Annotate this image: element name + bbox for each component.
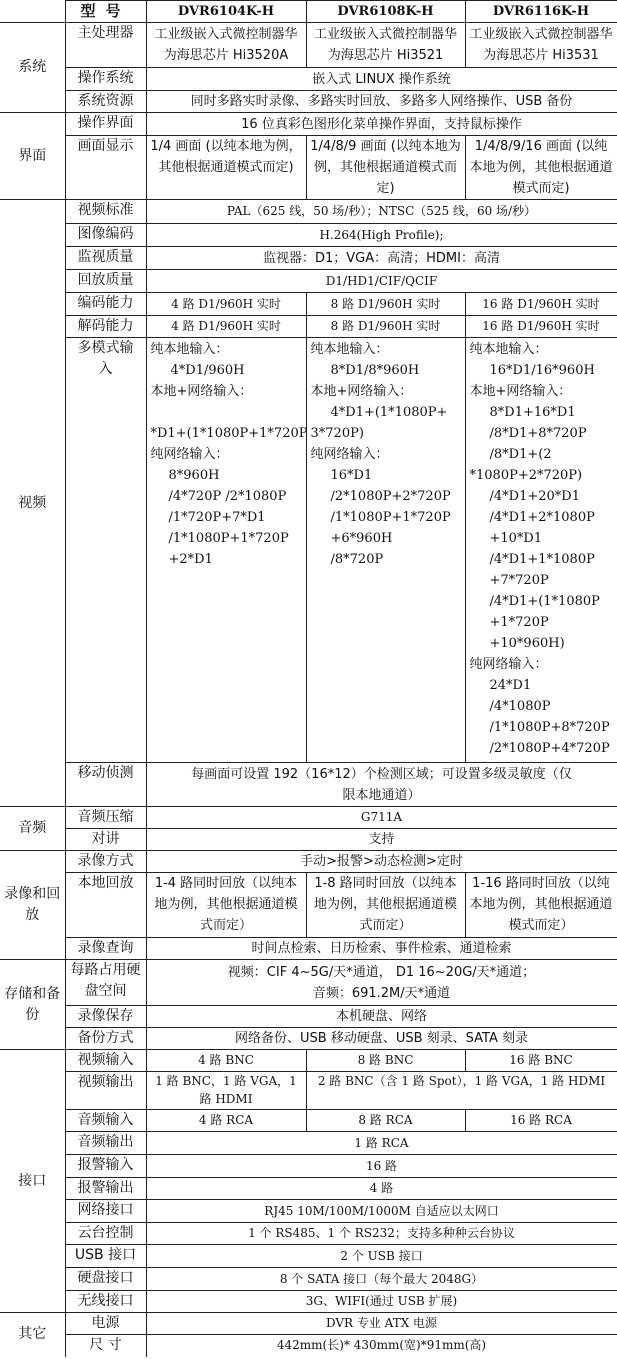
cell-value: 16 路 D1/960H 实时 [465, 293, 617, 316]
input-mode-spec: +1*720P [470, 612, 613, 633]
cell-value: 16 路 D1/960H 实时 [465, 316, 617, 338]
row-label: 音频输入 [65, 1110, 146, 1132]
row-label: 电源 [65, 1313, 146, 1335]
input-mode-spec: /1*1080P+1*720P [311, 507, 461, 528]
cell-value: 工业级嵌入式微控制器华为海思芯片 Hi3520A [146, 23, 306, 68]
model-name: DVR6116K-H [465, 1, 617, 23]
cell-value: RJ45 10M/100M/1000M 自适应以太网口 [146, 1200, 617, 1223]
cell-value: 4 路 D1/960H 实时 [146, 316, 306, 338]
row-alarm-out: 报警输出 4 路 [0, 1178, 617, 1200]
cell-value: 4 路 D1/960H 实时 [146, 293, 306, 316]
input-mode-spec: /1*1080P+8*720P [470, 717, 613, 738]
row-label: 图像编码 [65, 224, 146, 247]
multi-input-col: 纯本地输入：4*D1/960H本地+网络输入： *D1+(1*1080P+1*7… [146, 338, 306, 763]
cell-value: 16 路 BNC [465, 1050, 617, 1072]
category-ports: 接口 [0, 1050, 65, 1313]
row-label: 主处理器 [65, 23, 146, 68]
row-label: 系统资源 [65, 91, 146, 113]
cell-value: 嵌入式 LINUX 操作系统 [146, 68, 617, 91]
input-mode-spec: 8*D1/8*960H [311, 360, 461, 381]
row-label: 视频输出 [65, 1072, 146, 1110]
input-mode-spec: *1080P+2*720P) [470, 465, 613, 486]
input-mode-spec: /4*D1+2*1080P [470, 507, 613, 528]
cell-value: DVR 专业 ATX 电源 [146, 1313, 617, 1335]
row-label: 录像保存 [65, 1006, 146, 1028]
input-mode-spec: /2*1080P+4*720P [470, 738, 613, 759]
row-label: 移动侦测 [65, 763, 146, 807]
row-decode-capacity: 解码能力 4 路 D1/960H 实时 8 路 D1/960H 实时 16 路 … [0, 316, 617, 338]
row-display: 画面显示 1/4 画面 (以纯本地为例，其他根据通道模式而定) 1/4/8/9 … [0, 136, 617, 200]
cell-value: 监视器：D1；VGA：高清；HDMI：高清 [146, 247, 617, 270]
row-label: 云台控制 [65, 1223, 146, 1245]
input-mode-heading: 纯网络输入： [470, 654, 613, 675]
input-mode-heading: 纯本地输入： [311, 339, 461, 360]
cell-value: 1-16 路同时回放（以纯本地为例，其他根据通道模式而定） [465, 873, 617, 938]
input-mode-heading: 纯网络输入： [151, 444, 302, 465]
row-label: USB 接口 [65, 1245, 146, 1268]
input-mode-spec: +10*960H) [470, 633, 613, 654]
input-mode-spec: /2*1080P+2*720P [311, 486, 461, 507]
cell-value: 工业级嵌入式微控制器华为海思芯片 Hi3531 [465, 23, 617, 68]
category-video: 视频 [0, 200, 65, 807]
model-name: DVR6104K-H [146, 1, 306, 23]
row-label: 本地回放 [65, 873, 146, 938]
cell-value: 2 个 USB 接口 [146, 1245, 617, 1268]
row-label: 画面显示 [65, 136, 146, 200]
input-mode-spec: /4*D1+20*D1 [470, 486, 613, 507]
input-mode-spec: 8*D1+16*D1 [470, 402, 613, 423]
input-mode-spec: 8*960H [151, 465, 302, 486]
row-standard: 视频 视频标准 PAL（625 线，50 场/秒）；NTSC（525 线，60 … [0, 200, 617, 224]
cell-value: 442mm(长)* 430mm(宽)*91mm(高) [146, 1335, 617, 1357]
input-mode-heading: 本地+网络输入： [311, 381, 461, 402]
cell-value: 视频：CIF 4~5G/天*通道， D1 16~20G/天*通道； 音频：691… [146, 960, 617, 1006]
row-label: 报警输入 [65, 1155, 146, 1178]
input-mode-spec [151, 402, 302, 423]
cell-value: G711A [146, 807, 617, 829]
row-label: 录像方式 [65, 851, 146, 873]
category-recording: 录像和回放 [0, 851, 65, 960]
row-label: 音频输出 [65, 1132, 146, 1155]
cell-value: 3G、WIFI(通过 USB 扩展) [146, 1291, 617, 1313]
cell-value: 8 路 D1/960H 实时 [306, 293, 465, 316]
row-record-save: 录像保存 本机硬盘、网络 [0, 1006, 617, 1028]
cell-value: 1-4 路同时回放（以纯本地为例，其他根据通道模式而定） [146, 873, 306, 938]
row-label: 无线接口 [65, 1291, 146, 1313]
row-label: 录像查询 [65, 938, 146, 960]
row-label: 操作界面 [65, 113, 146, 136]
row-video-out: 视频输出 1 路 BNC，1 路 VGA，1 路 HDMI 2 路 BNC（含 … [0, 1072, 617, 1110]
row-wireless: 无线接口 3G、WIFI(通过 USB 扩展) [0, 1291, 617, 1313]
cell-value: 手动>报警>动态检测>定时 [146, 851, 617, 873]
cell-value: PAL（625 线，50 场/秒）；NTSC（525 线，60 场/秒） [146, 200, 617, 224]
category-audio: 音频 [0, 807, 65, 851]
cell-value: 1 路 RCA [146, 1132, 617, 1155]
input-mode-spec: /4*D1+(1*1080P [470, 591, 613, 612]
row-label: 解码能力 [65, 316, 146, 338]
category-interface: 界面 [0, 113, 65, 200]
input-mode-spec: /1*1080P+1*720P [151, 528, 302, 549]
row-label: 尺 寸 [65, 1335, 146, 1357]
row-hdd: 硬盘接口 8 个 SATA 接口（每个最大 2048G） [0, 1268, 617, 1291]
category-storage: 存储和备份 [0, 960, 65, 1050]
row-audio-in: 音频输入 4 路 RCA 8 路 RCA 16 路 RCA [0, 1110, 617, 1132]
row-label: 回放质量 [65, 270, 146, 293]
cell-value: 1 个 RS485、1 个 RS232；支持多种种云台协议 [146, 1223, 617, 1245]
input-mode-heading: 纯网络输入： [311, 444, 461, 465]
input-mode-spec: 4*D1/960H [151, 360, 302, 381]
cell-value: 4 路 BNC [146, 1050, 306, 1072]
cell-value: 支持 [146, 829, 617, 851]
cell-value: 4 路 [146, 1178, 617, 1200]
input-mode-spec: 16*D1 [311, 465, 461, 486]
row-ui: 界面 操作界面 16 位真彩色图形化菜单操作界面，支持鼠标操作 [0, 113, 617, 136]
disk-usage-video: 视频：CIF 4~5G/天*通道， D1 16~20G/天*通道； [150, 962, 614, 983]
cell-value: 2 路 BNC（含 1 路 Spot），1 路 VGA，1 路 HDMI [306, 1072, 617, 1110]
row-usb: USB 接口 2 个 USB 接口 [0, 1245, 617, 1268]
row-label: 网络接口 [65, 1200, 146, 1223]
input-mode-heading: 本地+网络输入： [470, 381, 613, 402]
row-disk-usage: 存储和备份 每路占用硬盘空间 视频：CIF 4~5G/天*通道， D1 16~2… [0, 960, 617, 1006]
row-label: 视频标准 [65, 200, 146, 224]
spec-table: 型号 DVR6104K-H DVR6108K-H DVR6116K-H 系统 主… [0, 0, 617, 1357]
input-mode-spec: 24*D1 [470, 675, 613, 696]
input-mode-spec: +6*960H [311, 528, 461, 549]
cell-value: D1/HD1/CIF/QCIF [146, 270, 617, 293]
input-mode-spec: *D1+(1*1080P+1*720P) [151, 423, 302, 444]
row-playback-quality: 回放质量 D1/HD1/CIF/QCIF [0, 270, 617, 293]
cell-value: 8 路 BNC [306, 1050, 465, 1072]
row-label: 音频压缩 [65, 807, 146, 829]
cell-value: 时间点检索、日历检索、事件检索、通道检索 [146, 938, 617, 960]
row-encode-capacity: 编码能力 4 路 D1/960H 实时 8 路 D1/960H 实时 16 路 … [0, 293, 617, 316]
cell-value: 16 位真彩色图形化菜单操作界面，支持鼠标操作 [146, 113, 617, 136]
row-backup: 备份方式 网络备份、USB 移动硬盘、USB 刻录、SATA 刻录 [0, 1028, 617, 1050]
row-power: 其它 电源 DVR 专业 ATX 电源 [0, 1313, 617, 1335]
input-mode-spec: +7*720P [470, 570, 613, 591]
row-monitor-quality: 监视质量 监视器：D1；VGA：高清；HDMI：高清 [0, 247, 617, 270]
row-label: 编码能力 [65, 293, 146, 316]
row-label: 对讲 [65, 829, 146, 851]
input-mode-spec: 16*D1/16*960H [470, 360, 613, 381]
row-label: 报警输出 [65, 1178, 146, 1200]
row-alarm-in: 报警输入 16 路 [0, 1155, 617, 1178]
input-mode-spec: +2*D1 [151, 549, 302, 570]
cell-value: H.264(High Profile); [146, 224, 617, 247]
cell-value: 同时多路实时录像、多路实时回放、多路多人网络操作、USB 备份 [146, 91, 617, 113]
row-ptz: 云台控制 1 个 RS485、1 个 RS232；支持多种种云台协议 [0, 1223, 617, 1245]
cell-value: 每画面可设置 192（16*12）个检测区域；可设置多级灵敏度（仅限本地通道） [146, 763, 617, 807]
row-local-playback: 本地回放 1-4 路同时回放（以纯本地为例，其他根据通道模式而定） 1-8 路同… [0, 873, 617, 938]
cell-value: 16 路 [146, 1155, 617, 1178]
multi-input-col: 纯本地输入：8*D1/8*960H本地+网络输入：4*D1+(1*1080P+3… [306, 338, 465, 763]
cell-value: 8 路 RCA [306, 1110, 465, 1132]
input-mode-spec: /4*D1+1*1080P [470, 549, 613, 570]
cell-value: 1/4/8/9/16 画面 (以纯本地为例，其他根据通道模式而定) [465, 136, 617, 200]
cell-value: 1/4/8/9 画面 (以纯本地为例，其他根据通道模式而定) [306, 136, 465, 200]
input-mode-heading: 纯本地输入： [151, 339, 302, 360]
cell-value: 16 路 RCA [465, 1110, 617, 1132]
input-mode-spec: 3*720P) [311, 423, 461, 444]
model-name: DVR6108K-H [306, 1, 465, 23]
input-mode-spec: 4*D1+(1*1080P+ [311, 402, 461, 423]
header-row: 型号 DVR6104K-H DVR6108K-H DVR6116K-H [0, 1, 617, 23]
cell-value: 8 路 D1/960H 实时 [306, 316, 465, 338]
multi-input-col: 纯本地输入：16*D1/16*960H本地+网络输入：8*D1+16*D1/8*… [465, 338, 617, 763]
row-label: 多模式输入 [65, 338, 146, 763]
cell-value: 本机硬盘、网络 [146, 1006, 617, 1028]
input-mode-spec: /8*720P [311, 549, 461, 570]
row-motion-detect: 移动侦测 每画面可设置 192（16*12）个检测区域；可设置多级灵敏度（仅限本… [0, 763, 617, 807]
corner-cell [0, 1, 65, 23]
row-os: 操作系统 嵌入式 LINUX 操作系统 [0, 68, 617, 91]
category-other: 其它 [0, 1313, 65, 1357]
input-mode-heading: 本地+网络输入： [151, 381, 302, 402]
input-mode-spec: /4*720P /2*1080P [151, 486, 302, 507]
input-mode-spec: /8*D1+8*720P [470, 423, 613, 444]
row-size: 尺 寸 442mm(长)* 430mm(宽)*91mm(高) [0, 1335, 617, 1357]
row-record-mode: 录像和回放 录像方式 手动>报警>动态检测>定时 [0, 851, 617, 873]
cell-value: 4 路 RCA [146, 1110, 306, 1132]
row-network: 网络接口 RJ45 10M/100M/1000M 自适应以太网口 [0, 1200, 617, 1223]
input-mode-spec: /4*1080P [470, 696, 613, 717]
disk-usage-audio: 音频：691.2M/天*通道 [150, 983, 614, 1004]
row-intercom: 对讲 支持 [0, 829, 617, 851]
row-record-search: 录像查询 时间点检索、日历检索、事件检索、通道检索 [0, 938, 617, 960]
row-label: 监视质量 [65, 247, 146, 270]
model-label: 型号 [65, 1, 146, 23]
input-mode-heading: 纯本地输入： [470, 339, 613, 360]
row-multi-input: 多模式输入 纯本地输入：4*D1/960H本地+网络输入： *D1+(1*108… [0, 338, 617, 763]
cell-value: 8 个 SATA 接口（每个最大 2048G） [146, 1268, 617, 1291]
row-label: 每路占用硬盘空间 [65, 960, 146, 1006]
cell-value: 工业级嵌入式微控制器华为海思芯片 Hi3521 [306, 23, 465, 68]
row-label: 备份方式 [65, 1028, 146, 1050]
row-label: 硬盘接口 [65, 1268, 146, 1291]
row-audio-compression: 音频 音频压缩 G711A [0, 807, 617, 829]
row-encoding: 图像编码 H.264(High Profile); [0, 224, 617, 247]
cell-value: 网络备份、USB 移动硬盘、USB 刻录、SATA 刻录 [146, 1028, 617, 1050]
row-label: 操作系统 [65, 68, 146, 91]
cell-value: 1/4 画面 (以纯本地为例，其他根据通道模式而定) [146, 136, 306, 200]
cell-value: 1-8 路同时回放（以纯本地为例，其他根据通道模式而定） [306, 873, 465, 938]
input-mode-spec: /8*D1+(2 [470, 444, 613, 465]
input-mode-spec: /1*720P+7*D1 [151, 507, 302, 528]
row-audio-out: 音频输出 1 路 RCA [0, 1132, 617, 1155]
row-resources: 系统资源 同时多路实时录像、多路实时回放、多路多人网络操作、USB 备份 [0, 91, 617, 113]
row-label: 视频输入 [65, 1050, 146, 1072]
row-video-in: 接口 视频输入 4 路 BNC 8 路 BNC 16 路 BNC [0, 1050, 617, 1072]
cell-value: 1 路 BNC，1 路 VGA，1 路 HDMI [146, 1072, 306, 1110]
category-system: 系统 [0, 23, 65, 113]
input-mode-spec: +10*D1 [470, 528, 613, 549]
row-cpu: 系统 主处理器 工业级嵌入式微控制器华为海思芯片 Hi3520A 工业级嵌入式微… [0, 23, 617, 68]
